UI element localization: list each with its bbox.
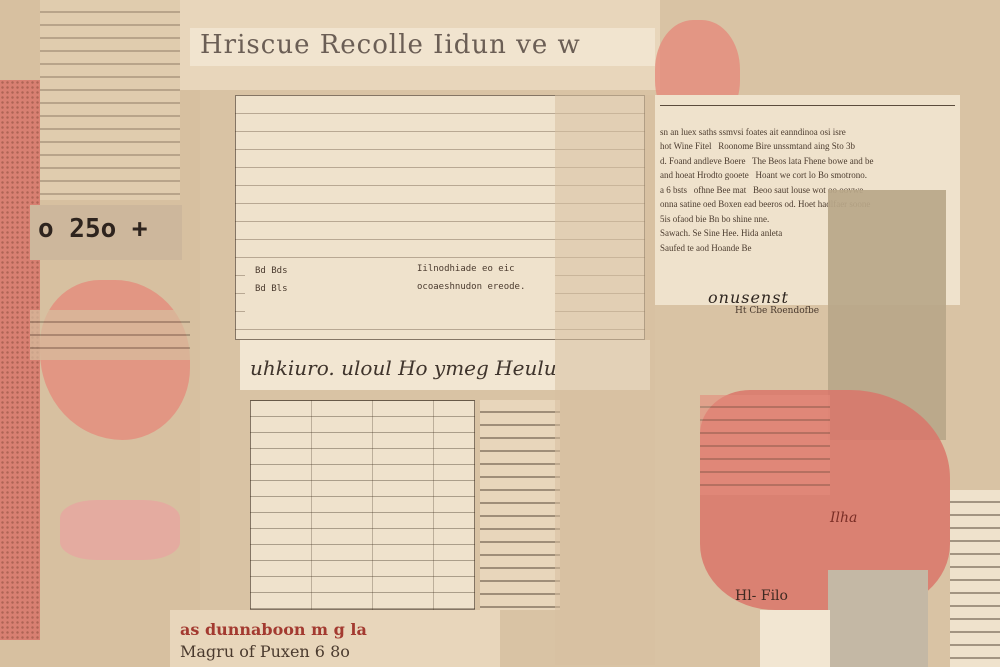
red-patch-small: Hl- Filo <box>735 588 788 604</box>
bottom-line-1: as dunnaboon m g la <box>180 620 367 639</box>
center-table-row-1: Iilnodhiade eo eic <box>417 264 515 274</box>
pink-blob-bottom-left <box>60 500 180 560</box>
stamp-text: o 25o + <box>38 214 148 244</box>
right-subtitle: Ht Cbe Roendofbe <box>735 306 819 316</box>
ledger-sheet-lower <box>250 400 475 610</box>
paper-strip-far-right <box>950 490 1000 667</box>
right-document-rule <box>660 105 955 106</box>
bottom-line-2: Magru of Puxen 6 8o <box>180 642 350 661</box>
text-strip-left <box>30 310 190 360</box>
headline-text: Hriscue Recolle Iidun ve w <box>200 30 581 60</box>
center-table-row-2: ocoaeshnudon ereode. <box>417 282 525 292</box>
red-text-strip <box>700 395 830 495</box>
grey-card <box>828 570 928 667</box>
paper-bottom-right <box>760 610 830 667</box>
handwriting-text: uhkiuro. uloul Ho ymeg Heulu <box>250 356 557 380</box>
torn-paper-center <box>555 95 655 665</box>
small-table-row-1: Bd Bds <box>255 266 288 276</box>
red-wash-left <box>0 80 40 640</box>
right-title: onusenst <box>708 288 789 307</box>
script-strip-left <box>40 0 180 200</box>
small-table-row-2: Bd Bls <box>255 284 288 294</box>
ledger-sheet-lower-right <box>480 400 560 610</box>
red-patch-label: Ilha <box>830 510 857 526</box>
